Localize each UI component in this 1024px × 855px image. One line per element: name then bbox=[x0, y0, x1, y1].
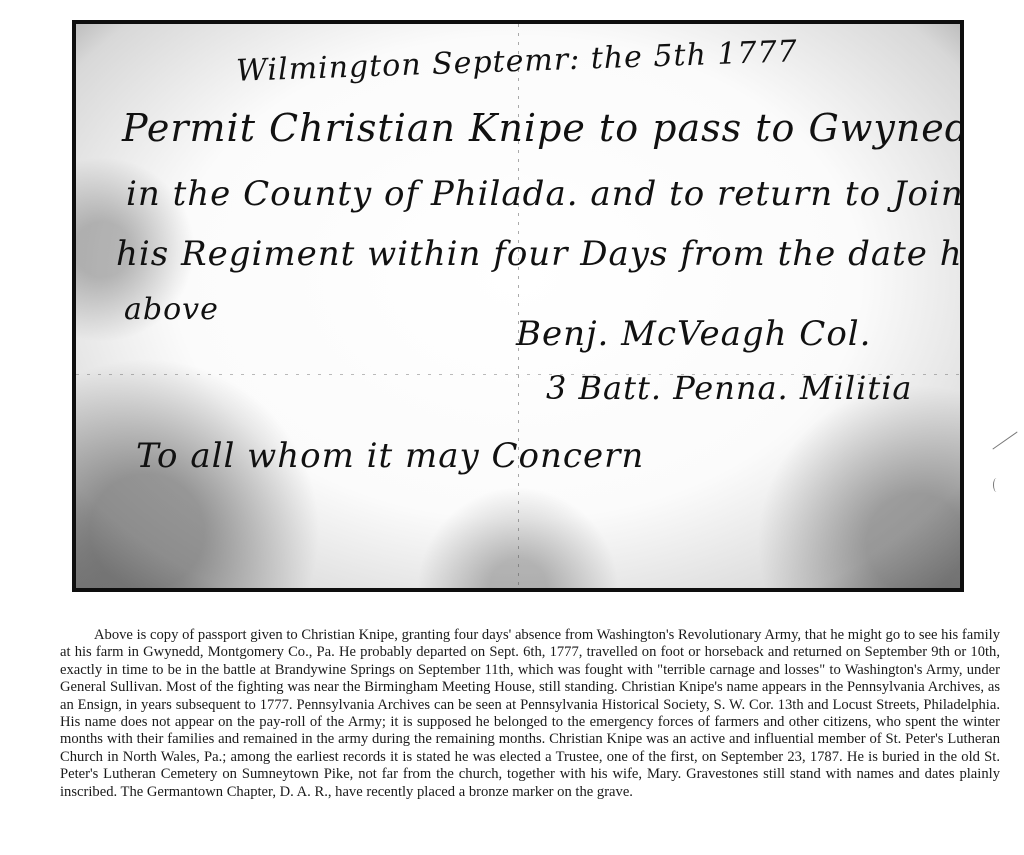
caption-paragraph: Above is copy of passport given to Chris… bbox=[60, 627, 1000, 801]
margin-mark bbox=[992, 431, 1017, 449]
handwritten-closing: To all whom it may Concern bbox=[136, 436, 644, 476]
handwritten-signature-name: Benj. McVeagh Col. bbox=[516, 314, 871, 354]
handwritten-line-1: Permit Christian Knipe to pass to Gwyned… bbox=[122, 106, 964, 150]
handwritten-line-4: above bbox=[124, 292, 219, 327]
margin-mark bbox=[993, 478, 1000, 492]
handwritten-line-2: in the County of Philada. and to return … bbox=[126, 174, 964, 214]
handwritten-line-3: his Regiment within four Days from the d… bbox=[116, 234, 964, 274]
handwritten-date-line: Wilmington Septemr: the 5th 1777 bbox=[236, 34, 799, 89]
passport-document-image: Wilmington Septemr: the 5th 1777 Permit … bbox=[72, 20, 964, 592]
handwritten-signature-rank: 3 Batt. Penna. Militia bbox=[546, 369, 913, 407]
